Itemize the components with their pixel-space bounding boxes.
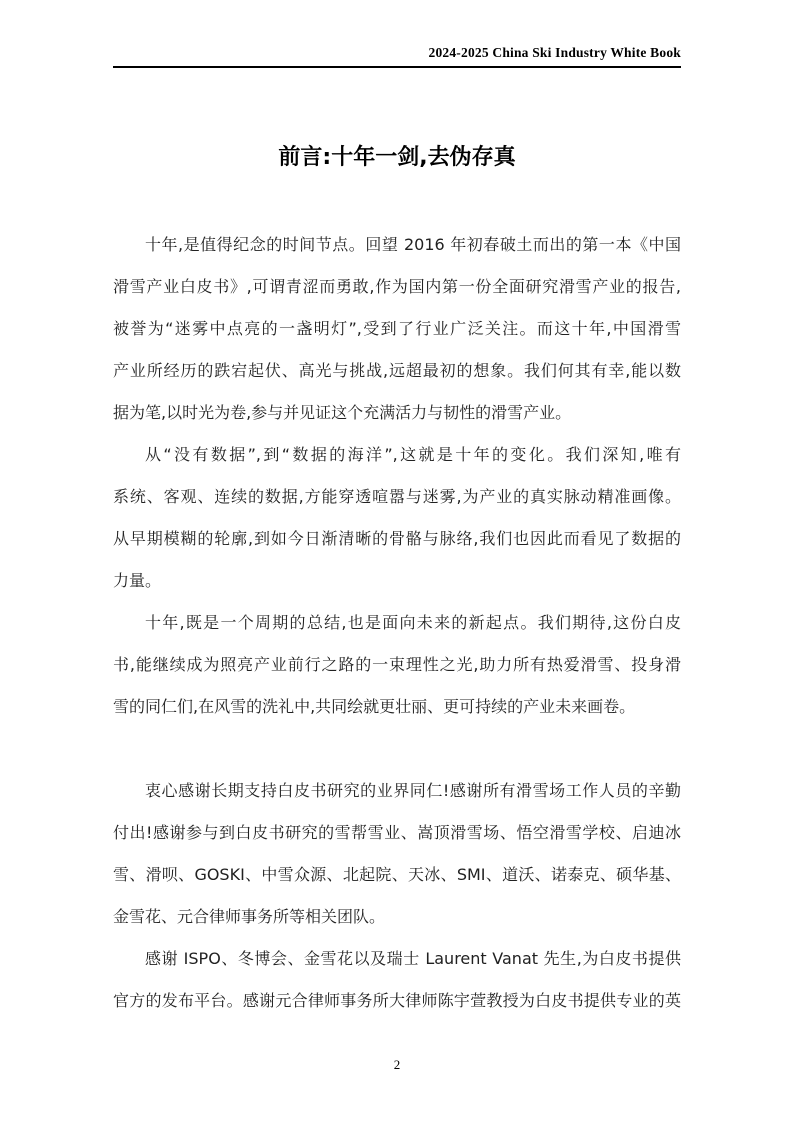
page-footer: 2 [0,1056,794,1074]
paragraph: 衷心感谢长期支持白皮书研究的业界同仁!感谢所有滑雪场工作人员的辛勤付出!感谢参与… [113,770,681,938]
text-line: 产业所经历的跌宕起伏、高光与挑战,远超最初的想象。我们何其有幸,能以数 [113,350,681,392]
text-line: 金雪花、元合律师事务所等相关团队。 [113,896,681,938]
page-header: 2024-2025 China Ski Industry White Book [113,44,681,61]
text-line: 力量。 [113,560,681,602]
document-page: 2024-2025 China Ski Industry White Book … [0,0,794,1123]
header-book-title: 2024-2025 China Ski Industry White Book [429,45,682,60]
text-line: 从“没有数据”,到“数据的海洋”,这就是十年的变化。我们深知,唯有 [113,434,681,476]
text-line: 雪、滑呗、GOSKI、中雪众源、北起院、天冰、SMI、道沃、诺泰克、硕华基、 [113,854,681,896]
paragraph: 感谢 ISPO、冬博会、金雪花以及瑞士 Laurent Vanat 先生,为白皮… [113,938,681,1022]
text-line: 十年,是值得纪念的时间节点。回望 2016 年初春破土而出的第一本《中国 [113,224,681,266]
text-line: 系统、客观、连续的数据,方能穿透喧嚣与迷雾,为产业的真实脉动精准画像。 [113,476,681,518]
text-line: 从早期模糊的轮廓,到如今日渐清晰的骨骼与脉络,我们也因此而看见了数据的 [113,518,681,560]
text-line: 感谢 ISPO、冬博会、金雪花以及瑞士 Laurent Vanat 先生,为白皮… [113,938,681,980]
paragraph: 十年,是值得纪念的时间节点。回望 2016 年初春破土而出的第一本《中国滑雪产业… [113,224,681,434]
page-title: 前言:十年一剑,去伪存真 [113,144,681,172]
document-body: 十年,是值得纪念的时间节点。回望 2016 年初春破土而出的第一本《中国滑雪产业… [113,224,681,1022]
text-line: 官方的发布平台。感谢元合律师事务所大律师陈宇萱教授为白皮书提供专业的英 [113,980,681,1022]
text-line: 十年,既是一个周期的总结,也是面向未来的新起点。我们期待,这份白皮 [113,602,681,644]
text-line: 衷心感谢长期支持白皮书研究的业界同仁!感谢所有滑雪场工作人员的辛勤 [113,770,681,812]
text-line: 雪的同仁们,在风雪的洗礼中,共同绘就更壮丽、更可持续的产业未来画卷。 [113,686,681,728]
text-line: 据为笔,以时光为卷,参与并见证这个充满活力与韧性的滑雪产业。 [113,392,681,434]
paragraph: 从“没有数据”,到“数据的海洋”,这就是十年的变化。我们深知,唯有系统、客观、连… [113,434,681,602]
text-line: 书,能继续成为照亮产业前行之路的一束理性之光,助力所有热爱滑雪、投身滑 [113,644,681,686]
header-rule [113,66,681,68]
text-line: 滑雪产业白皮书》,可谓青涩而勇敢,作为国内第一份全面研究滑雪产业的报告, [113,266,681,308]
text-line: 付出!感谢参与到白皮书研究的雪帮雪业、嵩顶滑雪场、悟空滑雪学校、启迪冰 [113,812,681,854]
text-line: 被誉为“迷雾中点亮的一盏明灯”,受到了行业广泛关注。而这十年,中国滑雪 [113,308,681,350]
paragraph: 十年,既是一个周期的总结,也是面向未来的新起点。我们期待,这份白皮书,能继续成为… [113,602,681,728]
page-number: 2 [394,1057,401,1072]
